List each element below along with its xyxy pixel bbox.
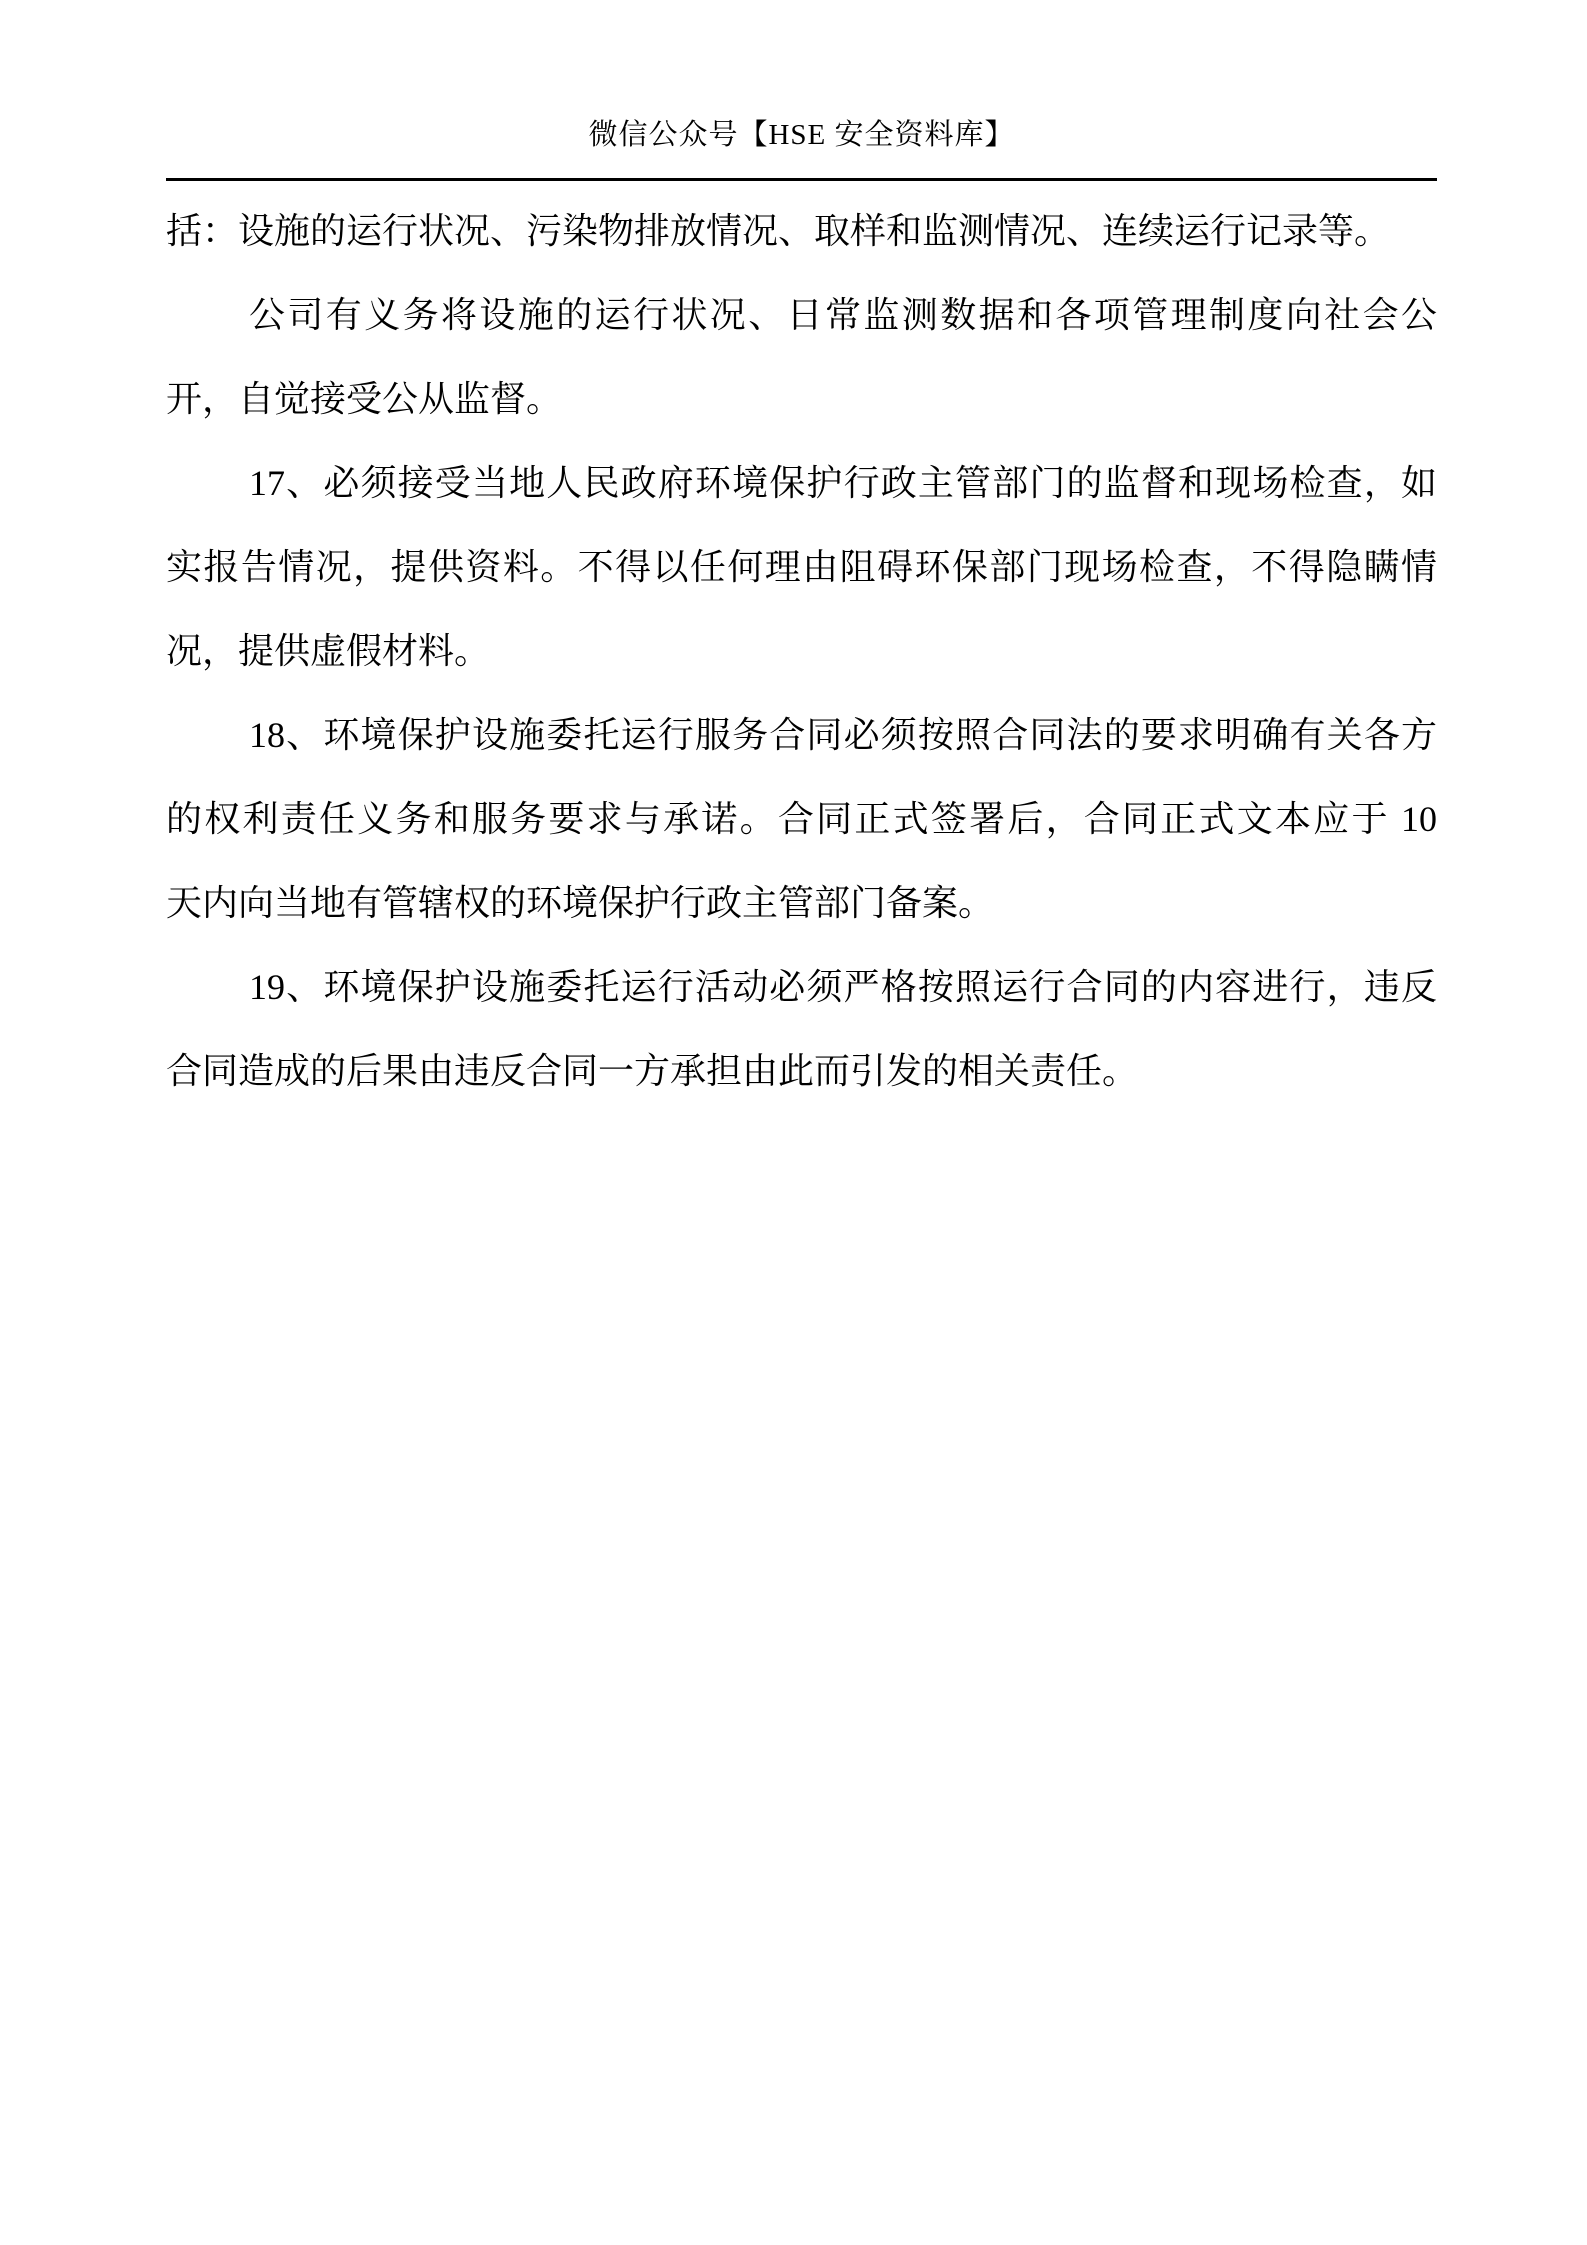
body-line-10: 19、环境保护设施委托运行活动必须严格按照运行合同的内容进行，违反 <box>166 945 1437 1029</box>
body-line-3: 开，自觉接受公从监督。 <box>166 357 1437 441</box>
body-line-2: 公司有义务将设施的运行状况、日常监测数据和各项管理制度向社会公 <box>166 273 1437 357</box>
body-line-7: 18、环境保护设施委托运行服务合同必须按照合同法的要求明确有关各方 <box>166 693 1437 777</box>
body-line-6: 况，提供虚假材料。 <box>166 609 1437 693</box>
document-body: 括：设施的运行状况、污染物排放情况、取样和监测情况、连续运行记录等。 公司有义务… <box>166 189 1437 1113</box>
body-line-5: 实报告情况，提供资料。不得以任何理由阻碍环保部门现场检查，不得隐瞒情 <box>166 525 1437 609</box>
document-page: 微信公众号【HSE 安全资料库】 括：设施的运行状况、污染物排放情况、取样和监测… <box>0 0 1587 2245</box>
body-line-11: 合同造成的后果由违反合同一方承担由此而引发的相关责任。 <box>166 1029 1437 1113</box>
body-line-1: 括：设施的运行状况、污染物排放情况、取样和监测情况、连续运行记录等。 <box>166 189 1437 273</box>
header-title: 微信公众号【HSE 安全资料库】 <box>166 100 1437 153</box>
body-line-8: 的权利责任义务和服务要求与承诺。合同正式签署后，合同正式文本应于 10 <box>166 777 1437 861</box>
page-header: 微信公众号【HSE 安全资料库】 <box>166 100 1437 181</box>
body-line-9: 天内向当地有管辖权的环境保护行政主管部门备案。 <box>166 861 1437 945</box>
body-line-4: 17、必须接受当地人民政府环境保护行政主管部门的监督和现场检查，如 <box>166 441 1437 525</box>
